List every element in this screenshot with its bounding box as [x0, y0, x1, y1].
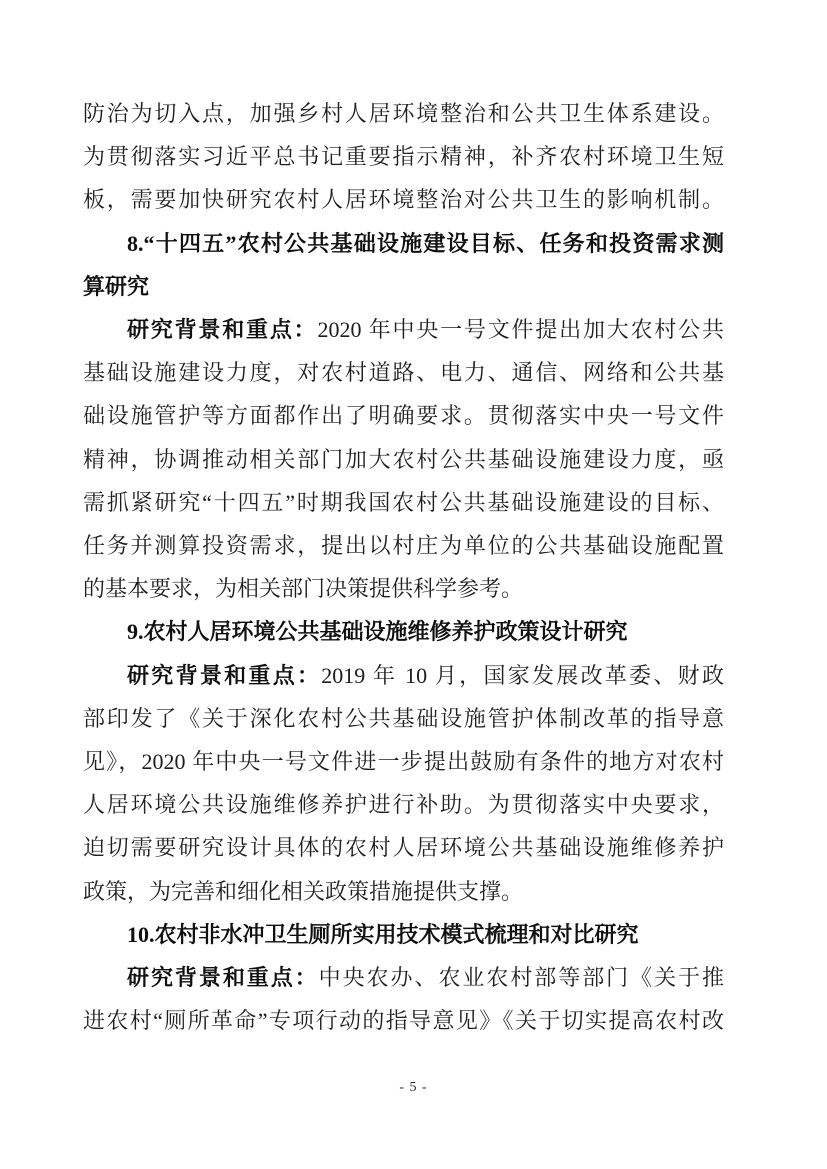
paragraph-continuation: 防治为切入点，加强乡村人居环境整治和公共卫生体系建设。 为贯彻落实习近平总书记重… — [83, 92, 724, 222]
paragraph-line: 任务并测算投资需求，提出以村庄为单位的公共基础设施配置 — [83, 524, 724, 567]
lead-label: 研究背景和重点： — [127, 317, 317, 342]
paragraph-text: 中央农办、农业农村部等部门《关于推 — [319, 965, 724, 990]
paragraph-line: 部印发了《关于深化农村公共基础设施管护体制改革的指导意 — [83, 697, 724, 740]
heading-line: 算研究 — [83, 265, 724, 308]
lead-label: 研究背景和重点： — [127, 663, 321, 688]
topic10-heading: 10.农村非水冲卫生厕所实用技术模式梳理和对比研究 — [83, 913, 724, 956]
topic10-paragraph: 研究背景和重点：中央农办、农业农村部等部门《关于推 进农村“厕所革命”专项行动的… — [83, 956, 724, 1042]
heading-line: 9.农村人居环境公共基础设施维修养护政策设计研究 — [83, 610, 724, 653]
topic9-paragraph: 研究背景和重点：2019 年 10 月，国家发展改革委、财政 部印发了《关于深化… — [83, 654, 724, 913]
paragraph-line: 研究背景和重点：2020 年中央一号文件提出加大农村公共 — [83, 308, 724, 351]
document-page: 防治为切入点，加强乡村人居环境整治和公共卫生体系建设。 为贯彻落实习近平总书记重… — [0, 0, 827, 1169]
paragraph-line: 人居环境公共设施维修养护进行补助。为贯彻落实中央要求， — [83, 783, 724, 826]
heading-line: 8.“十四五”农村公共基础设施建设目标、任务和投资需求测 — [83, 222, 724, 265]
lead-label: 研究背景和重点： — [127, 965, 319, 990]
topic8-heading: 8.“十四五”农村公共基础设施建设目标、任务和投资需求测 算研究 — [83, 222, 724, 308]
paragraph-line: 础设施管护等方面都作出了明确要求。贯彻落实中央一号文件 — [83, 394, 724, 437]
page-number: - 5 - — [0, 1078, 827, 1098]
paragraph-line: 研究背景和重点：2019 年 10 月，国家发展改革委、财政 — [83, 654, 724, 697]
paragraph-line: 为贯彻落实习近平总书记重要指示精神，补齐农村环境卫生短 — [83, 135, 724, 178]
document-body: 防治为切入点，加强乡村人居环境整治和公共卫生体系建设。 为贯彻落实习近平总书记重… — [83, 92, 724, 1042]
topic8-paragraph: 研究背景和重点：2020 年中央一号文件提出加大农村公共 基础设施建设力度，对农… — [83, 308, 724, 610]
paragraph-line: 需抓紧研究“十四五”时期我国农村公共基础设施建设的目标、 — [83, 481, 724, 524]
paragraph-line: 研究背景和重点：中央农办、农业农村部等部门《关于推 — [83, 956, 724, 999]
paragraph-line: 基础设施建设力度，对农村道路、电力、通信、网络和公共基 — [83, 351, 724, 394]
paragraph-line: 的基本要求，为相关部门决策提供科学参考。 — [83, 567, 724, 610]
paragraph-line: 政策，为完善和细化相关政策措施提供支撑。 — [83, 870, 724, 913]
paragraph-line: 精神，协调推动相关部门加大农村公共基础设施建设力度，亟 — [83, 438, 724, 481]
paragraph-line: 板，需要加快研究农村人居环境整治对公共卫生的影响机制。 — [83, 178, 724, 221]
heading-line: 10.农村非水冲卫生厕所实用技术模式梳理和对比研究 — [83, 913, 724, 956]
paragraph-text: 2019 年 10 月，国家发展改革委、财政 — [321, 663, 724, 688]
paragraph-line: 见》，2020 年中央一号文件进一步提出鼓励有条件的地方对农村 — [83, 740, 724, 783]
topic9-heading: 9.农村人居环境公共基础设施维修养护政策设计研究 — [83, 610, 724, 653]
paragraph-line: 防治为切入点，加强乡村人居环境整治和公共卫生体系建设。 — [83, 92, 724, 135]
paragraph-line: 迫切需要研究设计具体的农村人居环境公共基础设施维修养护 — [83, 826, 724, 869]
paragraph-text: 2020 年中央一号文件提出加大农村公共 — [317, 317, 724, 342]
paragraph-line: 进农村“厕所革命”专项行动的指导意见》《关于切实提高农村改 — [83, 999, 724, 1042]
